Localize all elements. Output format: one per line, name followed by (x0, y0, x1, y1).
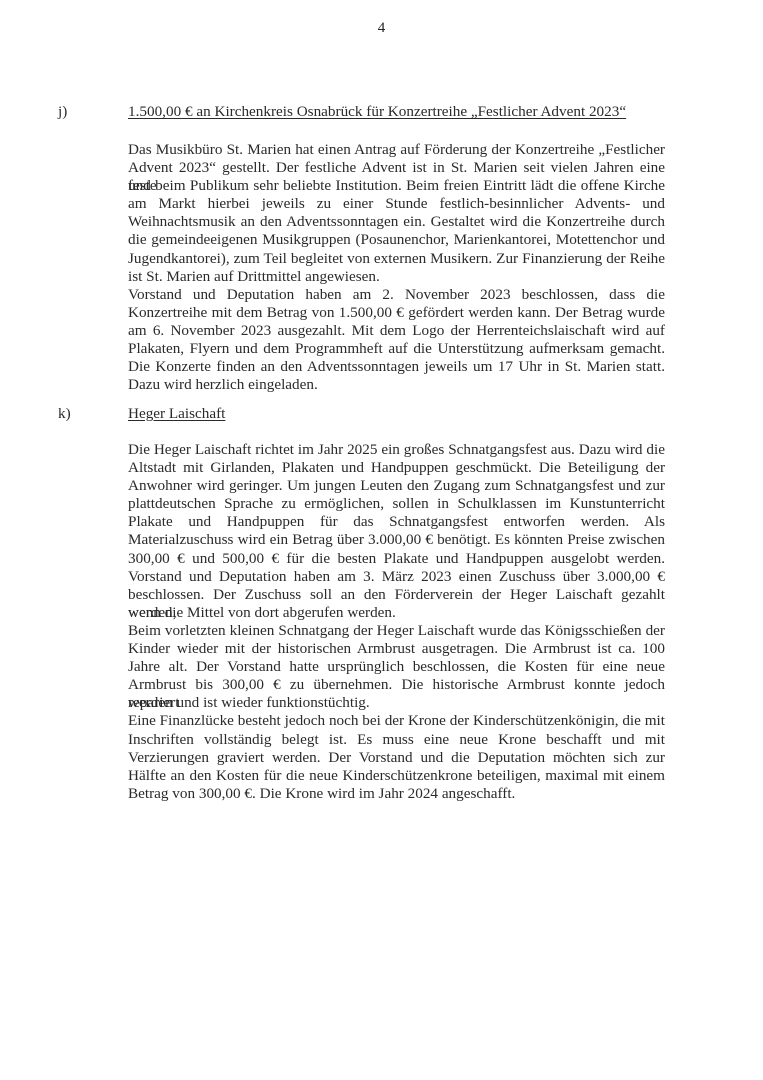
text-line: beschlossen. Der Zuschuss soll an den Fö… (128, 586, 665, 604)
text-line: Altstadt mit Girlanden, Plakaten und Han… (128, 459, 665, 477)
text-line: die gemeindeeigenen Musikgruppen (Posaun… (128, 231, 665, 249)
section-label: k) (58, 405, 128, 423)
text-line: plattdeutschen Sprache zu ermöglichen, s… (128, 495, 665, 513)
section-body-j: Das Musikbüro St. Marien hat einen Antra… (128, 141, 665, 394)
text-line: Advent 2023“ gestellt. Der festliche Adv… (128, 159, 665, 177)
text-line: Die Heger Laischaft richtet im Jahr 2025… (128, 441, 665, 459)
text-line: ist St. Marien auf Drittmittel angewiese… (128, 268, 665, 286)
text-line: werden und ist wieder funktionstüchtig. (128, 694, 665, 712)
text-line: Plakaten, Flyern und dem Programmheft au… (128, 340, 665, 358)
text-line: und beim Publikum sehr beliebte Institut… (128, 177, 665, 195)
text-line: wenn die Mittel von dort abgerufen werde… (128, 604, 665, 622)
text-line: Konzertreihe mit dem Betrag von 1.500,00… (128, 304, 665, 322)
section-body-k: Die Heger Laischaft richtet im Jahr 2025… (128, 441, 665, 803)
text-line: Jahre alt. Der Vorstand hatte ursprüngli… (128, 658, 665, 676)
text-line: Hälfte an den Kosten für die neue Kinder… (128, 767, 665, 785)
section-heading-j: j)1.500,00 € an Kirchenkreis Osnabrück f… (58, 103, 626, 121)
text-line: Dazu wird herzlich eingeladen. (128, 376, 665, 394)
text-line: Kinder wieder mit der historischen Armbr… (128, 640, 665, 658)
text-line: Die Konzerte finden an den Adventssonnta… (128, 358, 665, 376)
text-line: Materialzuschuss wird ein Betrag über 3.… (128, 531, 665, 549)
text-line: Eine Finanzlücke besteht jedoch noch bei… (128, 712, 665, 730)
section-heading-k: k)Heger Laischaft (58, 405, 225, 423)
text-line: Inschriften vollständig belegt ist. Es m… (128, 731, 665, 749)
section-title: 1.500,00 € an Kirchenkreis Osnabrück für… (128, 103, 626, 120)
text-line: Vorstand und Deputation haben am 2. Nove… (128, 286, 665, 304)
text-line: Jugendkantorei), zum Teil begleitet von … (128, 250, 665, 268)
text-line: Betrag von 300,00 €. Die Krone wird im J… (128, 785, 665, 803)
section-title: Heger Laischaft (128, 405, 225, 422)
text-line: Anwohner wird geringer. Um jungen Leuten… (128, 477, 665, 495)
section-label: j) (58, 103, 128, 121)
text-line: am 6. November 2023 ausgezahlt. Mit dem … (128, 322, 665, 340)
text-line: Armbrust bis 300,00 € zu übernehmen. Die… (128, 676, 665, 694)
text-line: 300,00 € und 500,00 € für die besten Pla… (128, 550, 665, 568)
page-number: 4 (0, 20, 763, 37)
text-line: Vorstand und Deputation haben am 3. März… (128, 568, 665, 586)
text-line: Beim vorletzten kleinen Schnatgang der H… (128, 622, 665, 640)
text-line: Weihnachtsmusik an den Adventssonntagen … (128, 213, 665, 231)
text-line: Verzierungen graviert werden. Der Vorsta… (128, 749, 665, 767)
text-line: Das Musikbüro St. Marien hat einen Antra… (128, 141, 665, 159)
text-line: am Markt hierbei jeweils zu einer Stunde… (128, 195, 665, 213)
text-line: Plakate und Handpuppen für das Schnatgan… (128, 513, 665, 531)
